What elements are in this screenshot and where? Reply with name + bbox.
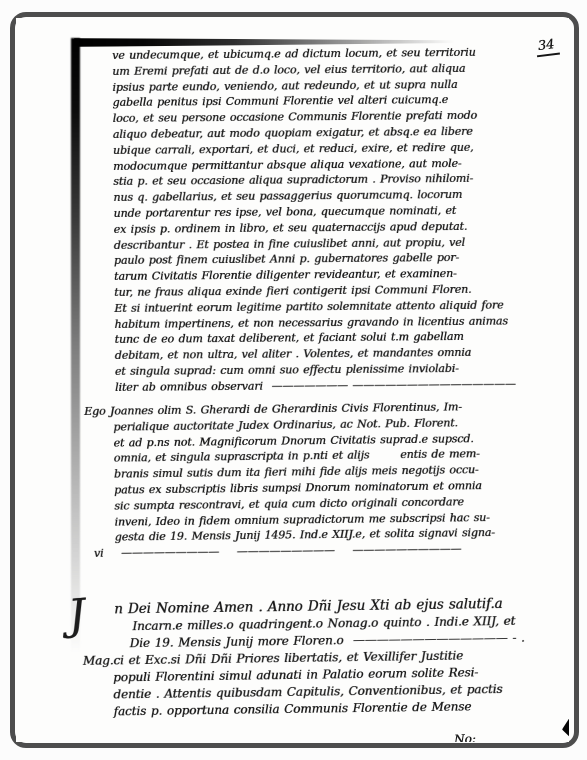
manuscript-scan-screenshot: 34 ve undecumque, et ubicumq.e ad dictum…	[0, 0, 587, 760]
catchword: No:	[454, 732, 476, 742]
paragraph-gabella-text: ve undecumque, et ubicumq.e ad dictum lo…	[112, 44, 567, 395]
drop-cap-initial: J	[66, 593, 86, 636]
section-invocation: J n Dei Nomine Amen . Anno Dñi Jesu Xti …	[74, 595, 568, 721]
paragraph-notarial-attestation: Ego Joannes olim S. Gherardi de Gherardi…	[84, 398, 566, 562]
scan-artifact-left-edge	[71, 38, 80, 653]
section-invocation-lines: n Dei Nomine Amen . Anno Dñi Jesu Xti ab…	[74, 595, 568, 721]
manuscript-line: liter ab omnibus observari ——————— —————…	[115, 376, 567, 396]
manuscript-page: 34 ve undecumque, et ubicumq.e ad dictum…	[16, 18, 569, 742]
